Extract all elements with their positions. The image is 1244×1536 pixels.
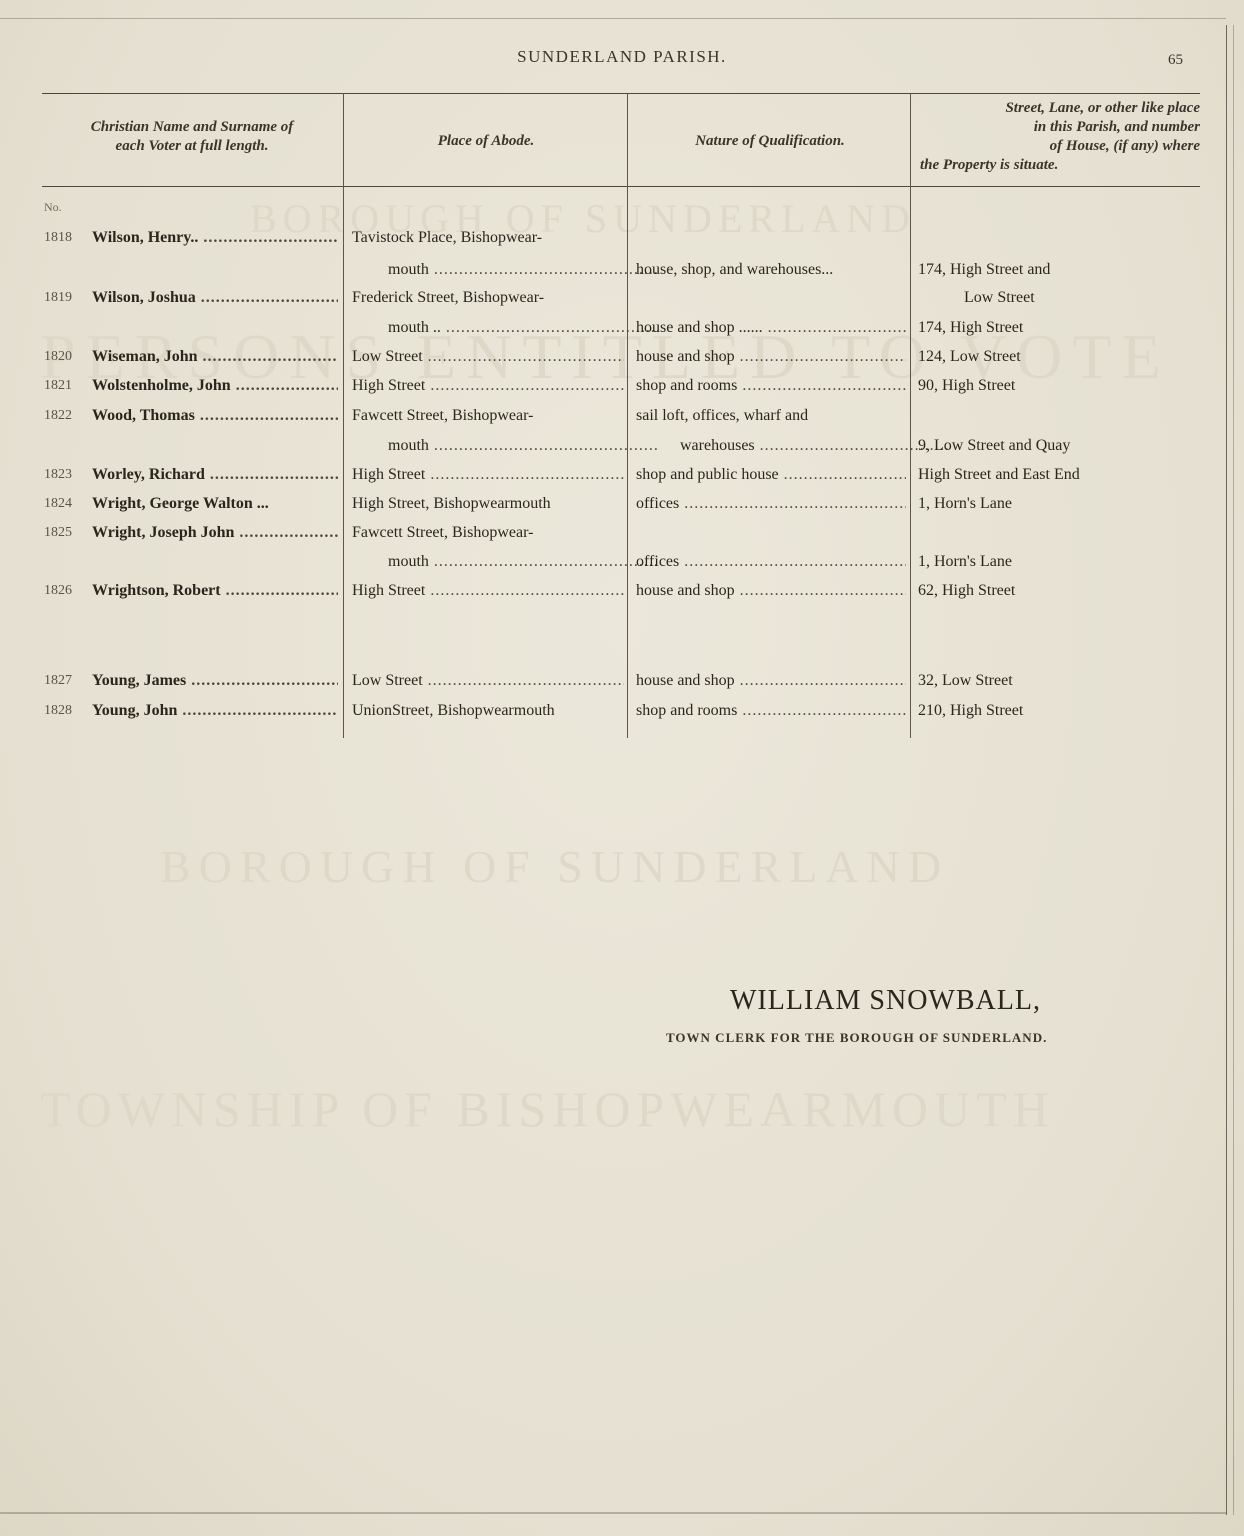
- voter-name: Wiseman, John: [92, 342, 338, 371]
- qualification: shop and rooms: [636, 371, 906, 400]
- place-of-abode: High Street: [352, 371, 624, 400]
- table-row-continuation: mouth .. house and shop ...... 174, High…: [0, 313, 1200, 342]
- header-top-rule: [42, 93, 1200, 94]
- right-border-rule: [1226, 25, 1227, 1515]
- voter-number: 1823: [44, 460, 84, 489]
- place-of-abode: mouth: [352, 431, 660, 460]
- voter-number: 1822: [44, 401, 84, 430]
- signatory-title: TOWN CLERK FOR THE BOROUGH OF SUNDERLAND…: [666, 1030, 1047, 1046]
- voter-name: Wolstenholme, John: [92, 371, 338, 400]
- table-row: 1827 Young, James Low Street house and s…: [0, 666, 1200, 695]
- table-row: 1822 Wood, Thomas Fawcett Street, Bishop…: [0, 401, 1200, 430]
- place-of-abode: Tavistock Place, Bishopwear-: [352, 223, 624, 252]
- qualification: house and shop: [636, 576, 906, 605]
- table-row: 1821 Wolstenholme, John High Street shop…: [0, 371, 1200, 400]
- voter-name: Wilson, Henry..: [92, 223, 338, 252]
- voter-name: Wright, George Walton ...: [92, 489, 338, 518]
- qualification: shop and rooms: [636, 696, 906, 725]
- property-street: 124, Low Street: [918, 342, 1198, 371]
- table-row: 1820 Wiseman, John Low Street house and …: [0, 342, 1200, 371]
- property-street: 1, Horn's Lane: [918, 547, 1198, 576]
- place-of-abode: Low Street: [352, 666, 624, 695]
- place-of-abode: mouth: [352, 547, 660, 576]
- qualification: house and shop: [636, 342, 906, 371]
- show-through-text: BOROUGH OF SUNDERLAND: [160, 840, 949, 893]
- qualification: house and shop: [636, 666, 906, 695]
- column-header-street: Street, Lane, or other like place in thi…: [916, 99, 1200, 175]
- property-street: 174, High Street: [918, 313, 1198, 342]
- place-of-abode: Frederick Street, Bishopwear-: [352, 283, 624, 312]
- voter-name: Young, John: [92, 696, 338, 725]
- signatory-name: WILLIAM SNOWBALL,: [730, 985, 1041, 1017]
- qualification: sail loft, offices, wharf and: [636, 401, 906, 430]
- voter-name: Young, James: [92, 666, 338, 695]
- top-border-rule: [0, 18, 1226, 19]
- property-street: Low Street: [918, 283, 1244, 312]
- place-of-abode: Fawcett Street, Bishopwear-: [352, 401, 624, 430]
- voter-number: 1820: [44, 342, 84, 371]
- voter-number: 1828: [44, 696, 84, 725]
- table-row: 1828 Young, John UnionStreet, Bishopwear…: [0, 696, 1200, 725]
- place-of-abode: High Street, Bishopwearmouth: [352, 489, 624, 518]
- table-row-continuation: mouth house, shop, and warehouses... 174…: [0, 255, 1200, 284]
- place-of-abode: mouth: [352, 255, 660, 284]
- voter-number: 1824: [44, 489, 84, 518]
- table-row: 1823 Worley, Richard High Street shop an…: [0, 460, 1200, 489]
- voter-name: Worley, Richard: [92, 460, 338, 489]
- column-header-line: in this Parish, and number: [916, 118, 1200, 137]
- column-header-qualification: Nature of Qualification.: [630, 132, 910, 151]
- voter-name: Wright, Joseph John: [92, 518, 338, 547]
- table-row: 1819 Wilson, Joshua Frederick Street, Bi…: [0, 283, 1200, 312]
- voter-number: 1821: [44, 371, 84, 400]
- voter-name: Wrightson, Robert: [92, 576, 338, 605]
- table-row: 1825 Wright, Joseph John Fawcett Street,…: [0, 518, 1200, 547]
- right-border-rule-outer: [1233, 25, 1234, 1515]
- document-page: BOROUGH OF SUNDERLAND PERSONS ENTITLED T…: [0, 0, 1244, 1536]
- number-column-label: No.: [44, 200, 62, 215]
- bottom-border-rule: [0, 1512, 1226, 1514]
- voter-number: 1819: [44, 283, 84, 312]
- running-head: SUNDERLAND PARISH.: [0, 47, 1244, 67]
- table-row-continuation: mouth offices 1, Horn's Lane: [0, 547, 1200, 576]
- property-street: 90, High Street: [918, 371, 1198, 400]
- qualification: house, shop, and warehouses...: [636, 255, 906, 284]
- table-row: 1818 Wilson, Henry.. Tavistock Place, Bi…: [0, 223, 1200, 252]
- property-street: 1, Horn's Lane: [918, 489, 1198, 518]
- table-row: 1824 Wright, George Walton ... High Stre…: [0, 489, 1200, 518]
- column-header-line: Christian Name and Surname of: [44, 118, 340, 137]
- qualification: offices: [636, 489, 906, 518]
- property-street: High Street and East End: [918, 460, 1198, 489]
- column-header-line: of House, (if any) where: [916, 137, 1200, 156]
- place-of-abode: High Street: [352, 576, 624, 605]
- column-header-abode: Place of Abode.: [346, 132, 626, 151]
- place-of-abode: Low Street: [352, 342, 624, 371]
- place-of-abode: UnionStreet, Bishopwearmouth: [352, 696, 624, 725]
- show-through-text: TOWNSHIP OF BISHOPWEARMOUTH: [40, 1080, 1055, 1138]
- property-street: 210, High Street: [918, 696, 1198, 725]
- place-of-abode: Fawcett Street, Bishopwear-: [352, 518, 624, 547]
- column-header-name: Christian Name and Surname of each Voter…: [44, 118, 340, 156]
- voter-number: 1826: [44, 576, 84, 605]
- voter-number: 1818: [44, 223, 84, 252]
- voter-number: 1827: [44, 666, 84, 695]
- column-header-line: Street, Lane, or other like place: [916, 99, 1200, 118]
- column-header-line: each Voter at full length.: [44, 137, 340, 156]
- qualification: offices: [636, 547, 906, 576]
- property-street: 62, High Street: [918, 576, 1198, 605]
- header-bottom-rule: [42, 186, 1200, 187]
- table-row: 1826 Wrightson, Robert High Street house…: [0, 576, 1200, 605]
- place-of-abode: High Street: [352, 460, 624, 489]
- voter-name: Wilson, Joshua: [92, 283, 338, 312]
- qualification: shop and public house: [636, 460, 906, 489]
- column-header-line: the Property is situate.: [916, 156, 1200, 175]
- property-street: 9, Low Street and Quay: [918, 431, 1198, 460]
- page-number: 65: [1168, 52, 1183, 69]
- property-street: 174, High Street and: [918, 255, 1198, 284]
- table-row-continuation: mouth warehouses 9, Low Street and Quay: [0, 431, 1200, 460]
- property-street: 32, Low Street: [918, 666, 1198, 695]
- qualification: warehouses: [636, 431, 950, 460]
- place-of-abode: mouth ..: [352, 313, 660, 342]
- qualification: house and shop ......: [636, 313, 906, 342]
- voter-name: Wood, Thomas: [92, 401, 338, 430]
- voter-number: 1825: [44, 518, 84, 547]
